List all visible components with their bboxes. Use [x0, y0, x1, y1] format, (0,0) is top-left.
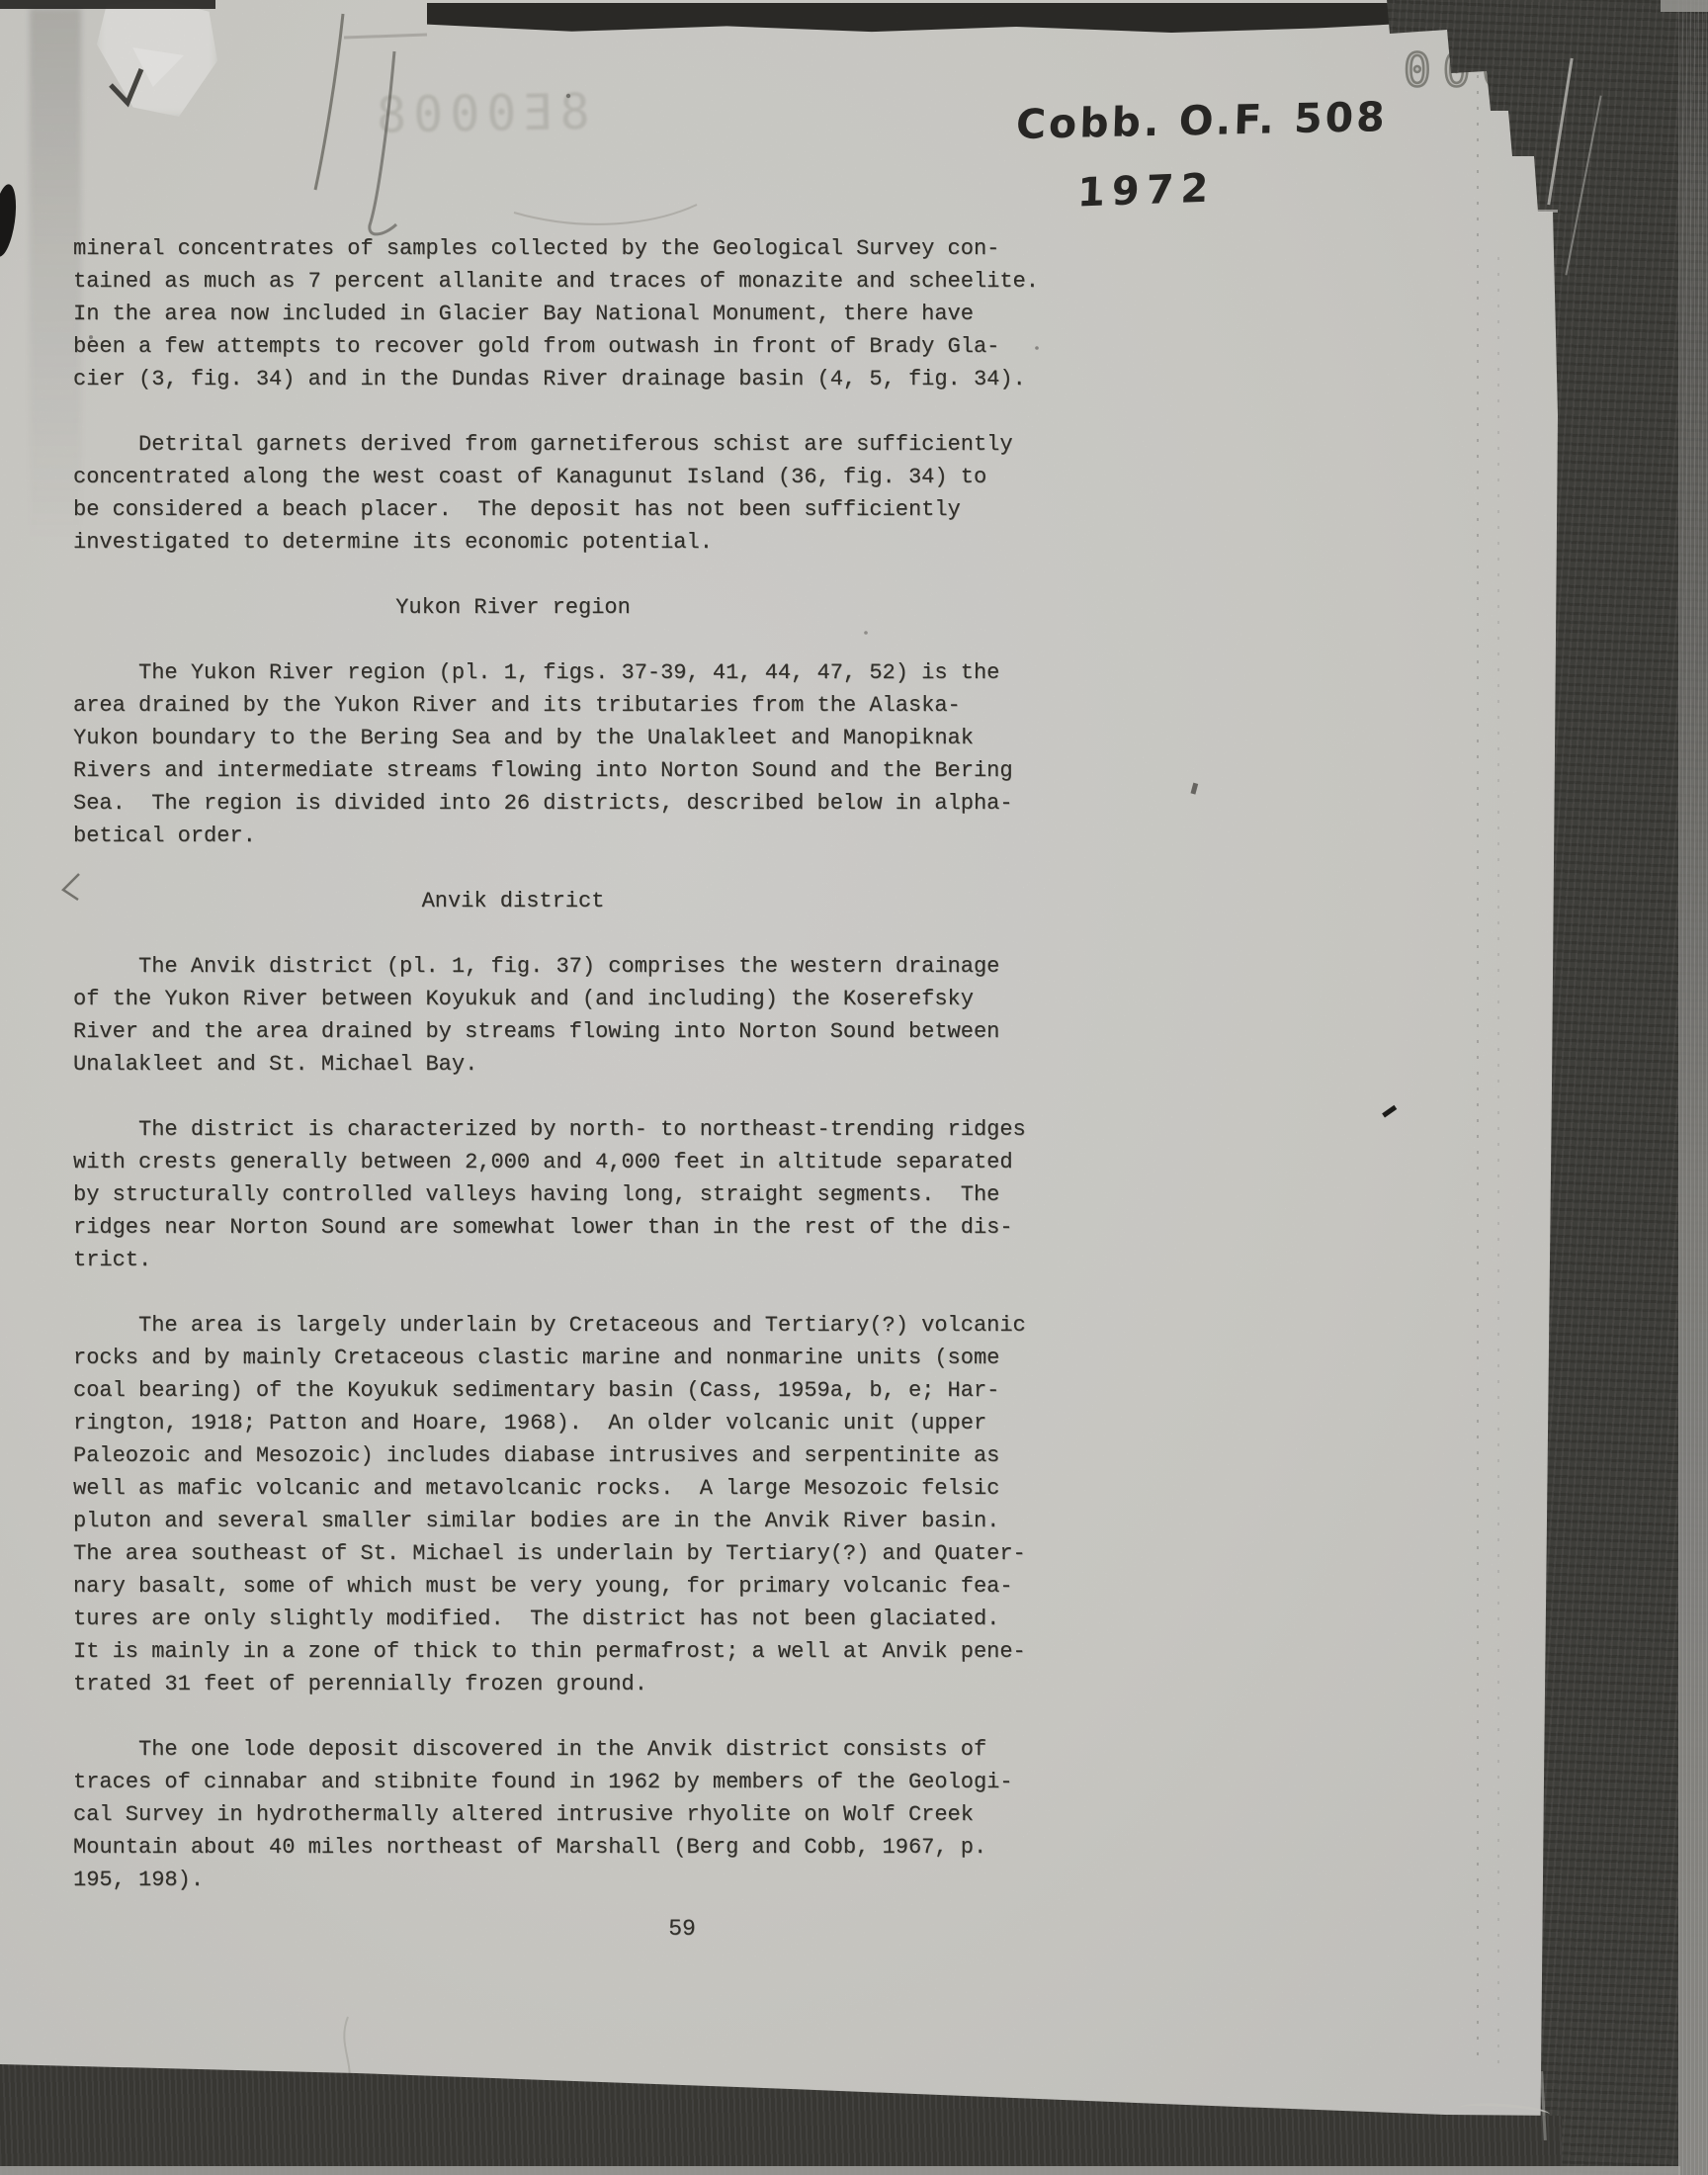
paragraph-1: mineral concentrates of samples collecte… [73, 232, 1081, 395]
page-number: 59 [593, 1916, 771, 1942]
page-edge-highlight [1538, 210, 1558, 213]
paragraph-7: The one lode deposit discovered in the A… [73, 1733, 1081, 1896]
scanned-document-page: 8E0008 0000 Cobb. O.F. 508 1972 mineral … [0, 0, 1708, 2175]
paragraph-6: The area is largely underlain by Cretace… [73, 1309, 1081, 1700]
typewritten-text: mineral concentrates of samples collecte… [73, 232, 1081, 1929]
fold-line [1497, 257, 1499, 2076]
paragraph-4: The Anvik district (pl. 1, fig. 37) comp… [73, 950, 1081, 1081]
section-heading-yukon-river-region: Yukon River region [73, 591, 953, 624]
scan-edge-top [427, 3, 1461, 33]
paragraph-2: Detrital garnets derived from garnetifer… [73, 428, 1081, 559]
scan-background-outer-strip [1678, 0, 1708, 2175]
scan-corner-sliver [1661, 0, 1708, 12]
handwritten-annotation-id: Cobb. O.F. 508 [1015, 93, 1388, 148]
section-heading-anvik-district: Anvik district [73, 885, 953, 917]
scan-bottom-sliver [0, 2166, 1680, 2175]
handwritten-annotation-year: 1972 [1076, 166, 1216, 217]
paragraph-5: The district is characterized by north- … [73, 1113, 1081, 1276]
scan-edge-top-left [0, 0, 215, 9]
fold-line [1477, 59, 1479, 2066]
paragraph-3: The Yukon River region (pl. 1, figs. 37-… [73, 656, 1081, 852]
